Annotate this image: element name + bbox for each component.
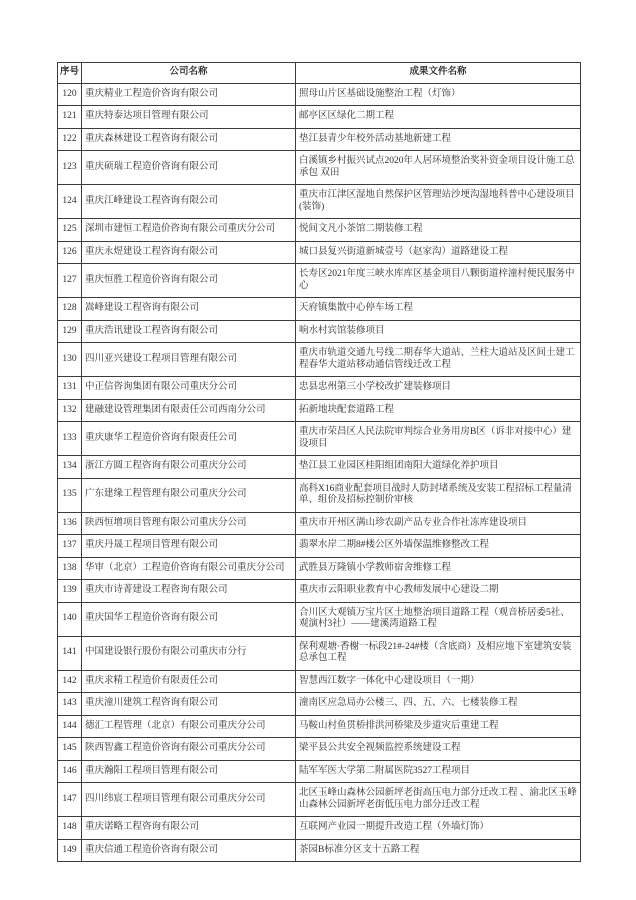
company-name-cell: 嵩峰建设工程咨询有限公司 — [82, 298, 296, 321]
company-name-cell: 重庆丹晟工程项目管理有限公司 — [82, 535, 296, 558]
result-file-name-cell: 高科X16商业配套项目战时人防封堵系统及安装工程招标工程量清单、组价及招标控制价… — [296, 478, 581, 512]
result-file-name-cell: 陆军军医大学第二附属医院3527工程项目 — [296, 760, 581, 783]
header-company-name: 公司名称 — [82, 63, 296, 84]
table-row: 138华审（北京）工程造价咨询有限公司重庆分公司武胜县万隆镇小学教师宿舍维修工程 — [58, 557, 581, 580]
company-name-cell: 四川亚兴建设工程项目管理有限公司 — [82, 343, 296, 377]
row-number-cell: 149 — [58, 839, 82, 862]
result-file-name-cell: 合川区大观镇万宝片区土地整治项目道路工程（观音桥居委5社、观演村3社）——建溪湾… — [296, 602, 581, 636]
result-file-name-cell: 天府镇集散中心停车场工程 — [296, 298, 581, 321]
header-serial-number: 序号 — [58, 63, 82, 84]
document-page: 序号 公司名称 成果文件名称 120重庆精业工程造价咨询有限公司照母山片区基础设… — [0, 0, 636, 900]
result-file-name-cell: 垫江县工业园区桂阳组团南阳大道绿化养护项目 — [296, 456, 581, 479]
result-file-name-cell: 重庆市江津区湿地自然保护区管理站沙埂沟湿地科普中心建设项目(装饰) — [296, 185, 581, 219]
row-number-cell: 142 — [58, 670, 82, 693]
result-file-name-cell: 忠县忠州第三小学校改扩建装修项目 — [296, 377, 581, 400]
table-row: 129重庆浩讯建设工程咨询有限公司响水村宾馆装修项目 — [58, 320, 581, 343]
row-number-cell: 125 — [58, 219, 82, 242]
result-file-name-cell: 重庆市轨道交通九号线二期春华大道站、兰柱大道站及区间土建工程春华大道站移动通信管… — [296, 343, 581, 377]
table-row: 137重庆丹晟工程项目管理有限公司翡翠水岸二期8#楼公区外墙保温维修整改工程 — [58, 535, 581, 558]
table-header: 序号 公司名称 成果文件名称 — [58, 63, 581, 84]
company-name-cell: 重庆江峰建设工程咨询有限公司 — [82, 185, 296, 219]
company-name-cell: 华审（北京）工程造价咨询有限公司重庆分公司 — [82, 557, 296, 580]
row-number-cell: 122 — [58, 128, 82, 151]
result-file-name-cell: 城口县复兴街道新城壹号（赵家沟）道路建设工程 — [296, 241, 581, 264]
result-file-name-cell: 互联网产业园一期提升改造工程（外墙灯饰） — [296, 817, 581, 840]
table-row: 142重庆求精工程造价有限责任公司智慧西江数字一体化中心建设项目（一期） — [58, 670, 581, 693]
company-name-cell: 重庆硕瑞工程造价咨询有限公司 — [82, 151, 296, 185]
company-name-cell: 重庆潼川建筑工程咨询有限公司 — [82, 693, 296, 716]
table-row: 126重庆永煜建设工程咨询有限公司城口县复兴街道新城壹号（赵家沟）道路建设工程 — [58, 241, 581, 264]
row-number-cell: 143 — [58, 693, 82, 716]
company-name-cell: 重庆市诗菁建设工程咨询有限公司 — [82, 580, 296, 603]
company-name-cell: 中国建设银行股份有限公司重庆市分行 — [82, 636, 296, 670]
result-file-name-cell: 白溪镇乡村振兴试点2020年人居环境整治奖补资金项目设计施工总承包 双田 — [296, 151, 581, 185]
result-file-name-cell: 重庆市荣昌区人民法院审判综合业务用房B区（诉非对接中心）建设项目 — [296, 422, 581, 456]
company-name-cell: 广东建缘工程管理有限公司重庆分公司 — [82, 478, 296, 512]
results-table: 序号 公司名称 成果文件名称 120重庆精业工程造价咨询有限公司照母山片区基础设… — [57, 62, 581, 862]
table-row: 125深圳市建恒工程造价咨询有限公司重庆分公司悦间文凡小茶馆二期装修工程 — [58, 219, 581, 242]
row-number-cell: 123 — [58, 151, 82, 185]
table-row: 140重庆国华工程造价咨询有限公司合川区大观镇万宝片区土地整治项目道路工程（观音… — [58, 602, 581, 636]
row-number-cell: 124 — [58, 185, 82, 219]
row-number-cell: 136 — [58, 512, 82, 535]
row-number-cell: 126 — [58, 241, 82, 264]
result-file-name-cell: 长寿区2021年度三峡水库库区基金项目八颗街道梓潼村便民服务中心 — [296, 264, 581, 298]
row-number-cell: 129 — [58, 320, 82, 343]
result-file-name-cell: 照母山片区基础设施整治工程（灯饰） — [296, 83, 581, 106]
company-name-cell: 陕西恒增项目管理有限公司重庆分公司 — [82, 512, 296, 535]
company-name-cell: 重庆国华工程造价咨询有限公司 — [82, 602, 296, 636]
header-result-file-name: 成果文件名称 — [296, 63, 581, 84]
table-row: 146重庆瀚阳工程项目管理有限公司陆军军医大学第二附属医院3527工程项目 — [58, 760, 581, 783]
row-number-cell: 128 — [58, 298, 82, 321]
header-row: 序号 公司名称 成果文件名称 — [58, 63, 581, 84]
row-number-cell: 135 — [58, 478, 82, 512]
row-number-cell: 133 — [58, 422, 82, 456]
result-file-name-cell: 悦间文凡小茶馆二期装修工程 — [296, 219, 581, 242]
result-file-name-cell: 垫江县青少年校外活动基地新建工程 — [296, 128, 581, 151]
table-row: 133重庆康华工程造价咨询有限责任公司重庆市荣昌区人民法院审判综合业务用房B区（… — [58, 422, 581, 456]
result-file-name-cell: 马鞍山村鱼贯桥排洪河桥梁及步道灾后重建工程 — [296, 715, 581, 738]
result-file-name-cell: 智慧西江数字一体化中心建设项目（一期） — [296, 670, 581, 693]
result-file-name-cell: 翡翠水岸二期8#楼公区外墙保温维修整改工程 — [296, 535, 581, 558]
row-number-cell: 131 — [58, 377, 82, 400]
row-number-cell: 141 — [58, 636, 82, 670]
table-body: 120重庆精业工程造价咨询有限公司照母山片区基础设施整治工程（灯饰）121重庆特… — [58, 83, 581, 862]
table-row: 135广东建缘工程管理有限公司重庆分公司高科X16商业配套项目战时人防封堵系统及… — [58, 478, 581, 512]
company-name-cell: 重庆森林建设工程咨询有限公司 — [82, 128, 296, 151]
result-file-name-cell: 拓新地块配套道路工程 — [296, 399, 581, 422]
row-number-cell: 120 — [58, 83, 82, 106]
result-file-name-cell: 响水村宾馆装修项目 — [296, 320, 581, 343]
company-name-cell: 重庆特泰达项目管理有限公司 — [82, 106, 296, 129]
company-name-cell: 浙江方圆工程咨询有限公司重庆分公司 — [82, 456, 296, 479]
table-row: 120重庆精业工程造价咨询有限公司照母山片区基础设施整治工程（灯饰） — [58, 83, 581, 106]
row-number-cell: 130 — [58, 343, 82, 377]
company-name-cell: 重庆诺略工程咨询有限公司 — [82, 817, 296, 840]
row-number-cell: 146 — [58, 760, 82, 783]
table-row: 147四川纬宸工程项目管理有限公司重庆分公司北区玉峰山森林公园新坪老街高压电力部… — [58, 783, 581, 817]
result-file-name-cell: 保利观塘·香榭一标段21#-24#楼（含底商）及相应地下室建筑安装总承包工程 — [296, 636, 581, 670]
company-name-cell: 重庆求精工程造价有限责任公司 — [82, 670, 296, 693]
row-number-cell: 140 — [58, 602, 82, 636]
table-row: 128嵩峰建设工程咨询有限公司天府镇集散中心停车场工程 — [58, 298, 581, 321]
result-file-name-cell: 武胜县万隆镇小学教师宿舍维修工程 — [296, 557, 581, 580]
company-name-cell: 陕西智鑫工程造价咨询有限公司重庆分公司 — [82, 738, 296, 761]
result-file-name-cell: 北区玉峰山森林公园新坪老街高压电力部分迁改工程 、渝北区玉峰山森林公园新坪老街低… — [296, 783, 581, 817]
row-number-cell: 127 — [58, 264, 82, 298]
row-number-cell: 139 — [58, 580, 82, 603]
company-name-cell: 重庆精业工程造价咨询有限公司 — [82, 83, 296, 106]
table-row: 124重庆江峰建设工程咨询有限公司重庆市江津区湿地自然保护区管理站沙埂沟湿地科普… — [58, 185, 581, 219]
table-row: 122重庆森林建设工程咨询有限公司垫江县青少年校外活动基地新建工程 — [58, 128, 581, 151]
row-number-cell: 147 — [58, 783, 82, 817]
table-row: 149重庆信通工程造价咨询有限公司茶园B标准分区支十五路工程 — [58, 839, 581, 862]
row-number-cell: 132 — [58, 399, 82, 422]
company-name-cell: 重庆恒胜工程造价咨询有限公司 — [82, 264, 296, 298]
result-file-name-cell: 重庆市云阳职业教育中心教师发展中心建设二期 — [296, 580, 581, 603]
result-file-name-cell: 重庆市开州区满山珍农副产品专业合作社冻库建设项目 — [296, 512, 581, 535]
company-name-cell: 重庆信通工程造价咨询有限公司 — [82, 839, 296, 862]
table-row: 123重庆硕瑞工程造价咨询有限公司白溪镇乡村振兴试点2020年人居环境整治奖补资… — [58, 151, 581, 185]
table-row: 148重庆诺略工程咨询有限公司互联网产业园一期提升改造工程（外墙灯饰） — [58, 817, 581, 840]
table-row: 132建融建设管理集团有限责任公司西南分公司拓新地块配套道路工程 — [58, 399, 581, 422]
table-row: 131中正信咨询集团有限公司重庆分公司忠县忠州第三小学校改扩建装修项目 — [58, 377, 581, 400]
table-row: 145陕西智鑫工程造价咨询有限公司重庆分公司梁平县公共安全视频监控系统建设工程 — [58, 738, 581, 761]
company-name-cell: 重庆瀚阳工程项目管理有限公司 — [82, 760, 296, 783]
result-file-name-cell: 潼南区应急局办公楼三、四、五、六、七楼装修工程 — [296, 693, 581, 716]
company-name-cell: 重庆永煜建设工程咨询有限公司 — [82, 241, 296, 264]
row-number-cell: 138 — [58, 557, 82, 580]
row-number-cell: 137 — [58, 535, 82, 558]
table-row: 121重庆特泰达项目管理有限公司邮亭区区绿化二期工程 — [58, 106, 581, 129]
company-name-cell: 中正信咨询集团有限公司重庆分公司 — [82, 377, 296, 400]
company-name-cell: 德汇工程管理（北京）有限公司重庆分公司 — [82, 715, 296, 738]
row-number-cell: 148 — [58, 817, 82, 840]
result-file-name-cell: 茶园B标准分区支十五路工程 — [296, 839, 581, 862]
row-number-cell: 145 — [58, 738, 82, 761]
company-name-cell: 深圳市建恒工程造价咨询有限公司重庆分公司 — [82, 219, 296, 242]
row-number-cell: 121 — [58, 106, 82, 129]
result-file-name-cell: 梁平县公共安全视频监控系统建设工程 — [296, 738, 581, 761]
company-name-cell: 四川纬宸工程项目管理有限公司重庆分公司 — [82, 783, 296, 817]
table-row: 127重庆恒胜工程造价咨询有限公司长寿区2021年度三峡水库库区基金项目八颗街道… — [58, 264, 581, 298]
table-row: 136陕西恒增项目管理有限公司重庆分公司重庆市开州区满山珍农副产品专业合作社冻库… — [58, 512, 581, 535]
table-row: 143重庆潼川建筑工程咨询有限公司潼南区应急局办公楼三、四、五、六、七楼装修工程 — [58, 693, 581, 716]
table-row: 144德汇工程管理（北京）有限公司重庆分公司马鞍山村鱼贯桥排洪河桥梁及步道灾后重… — [58, 715, 581, 738]
table-row: 134浙江方圆工程咨询有限公司重庆分公司垫江县工业园区桂阳组团南阳大道绿化养护项… — [58, 456, 581, 479]
table-row: 139重庆市诗菁建设工程咨询有限公司重庆市云阳职业教育中心教师发展中心建设二期 — [58, 580, 581, 603]
row-number-cell: 144 — [58, 715, 82, 738]
company-name-cell: 重庆浩讯建设工程咨询有限公司 — [82, 320, 296, 343]
company-name-cell: 重庆康华工程造价咨询有限责任公司 — [82, 422, 296, 456]
row-number-cell: 134 — [58, 456, 82, 479]
table-row: 130四川亚兴建设工程项目管理有限公司重庆市轨道交通九号线二期春华大道站、兰柱大… — [58, 343, 581, 377]
result-file-name-cell: 邮亭区区绿化二期工程 — [296, 106, 581, 129]
company-name-cell: 建融建设管理集团有限责任公司西南分公司 — [82, 399, 296, 422]
table-row: 141中国建设银行股份有限公司重庆市分行保利观塘·香榭一标段21#-24#楼（含… — [58, 636, 581, 670]
